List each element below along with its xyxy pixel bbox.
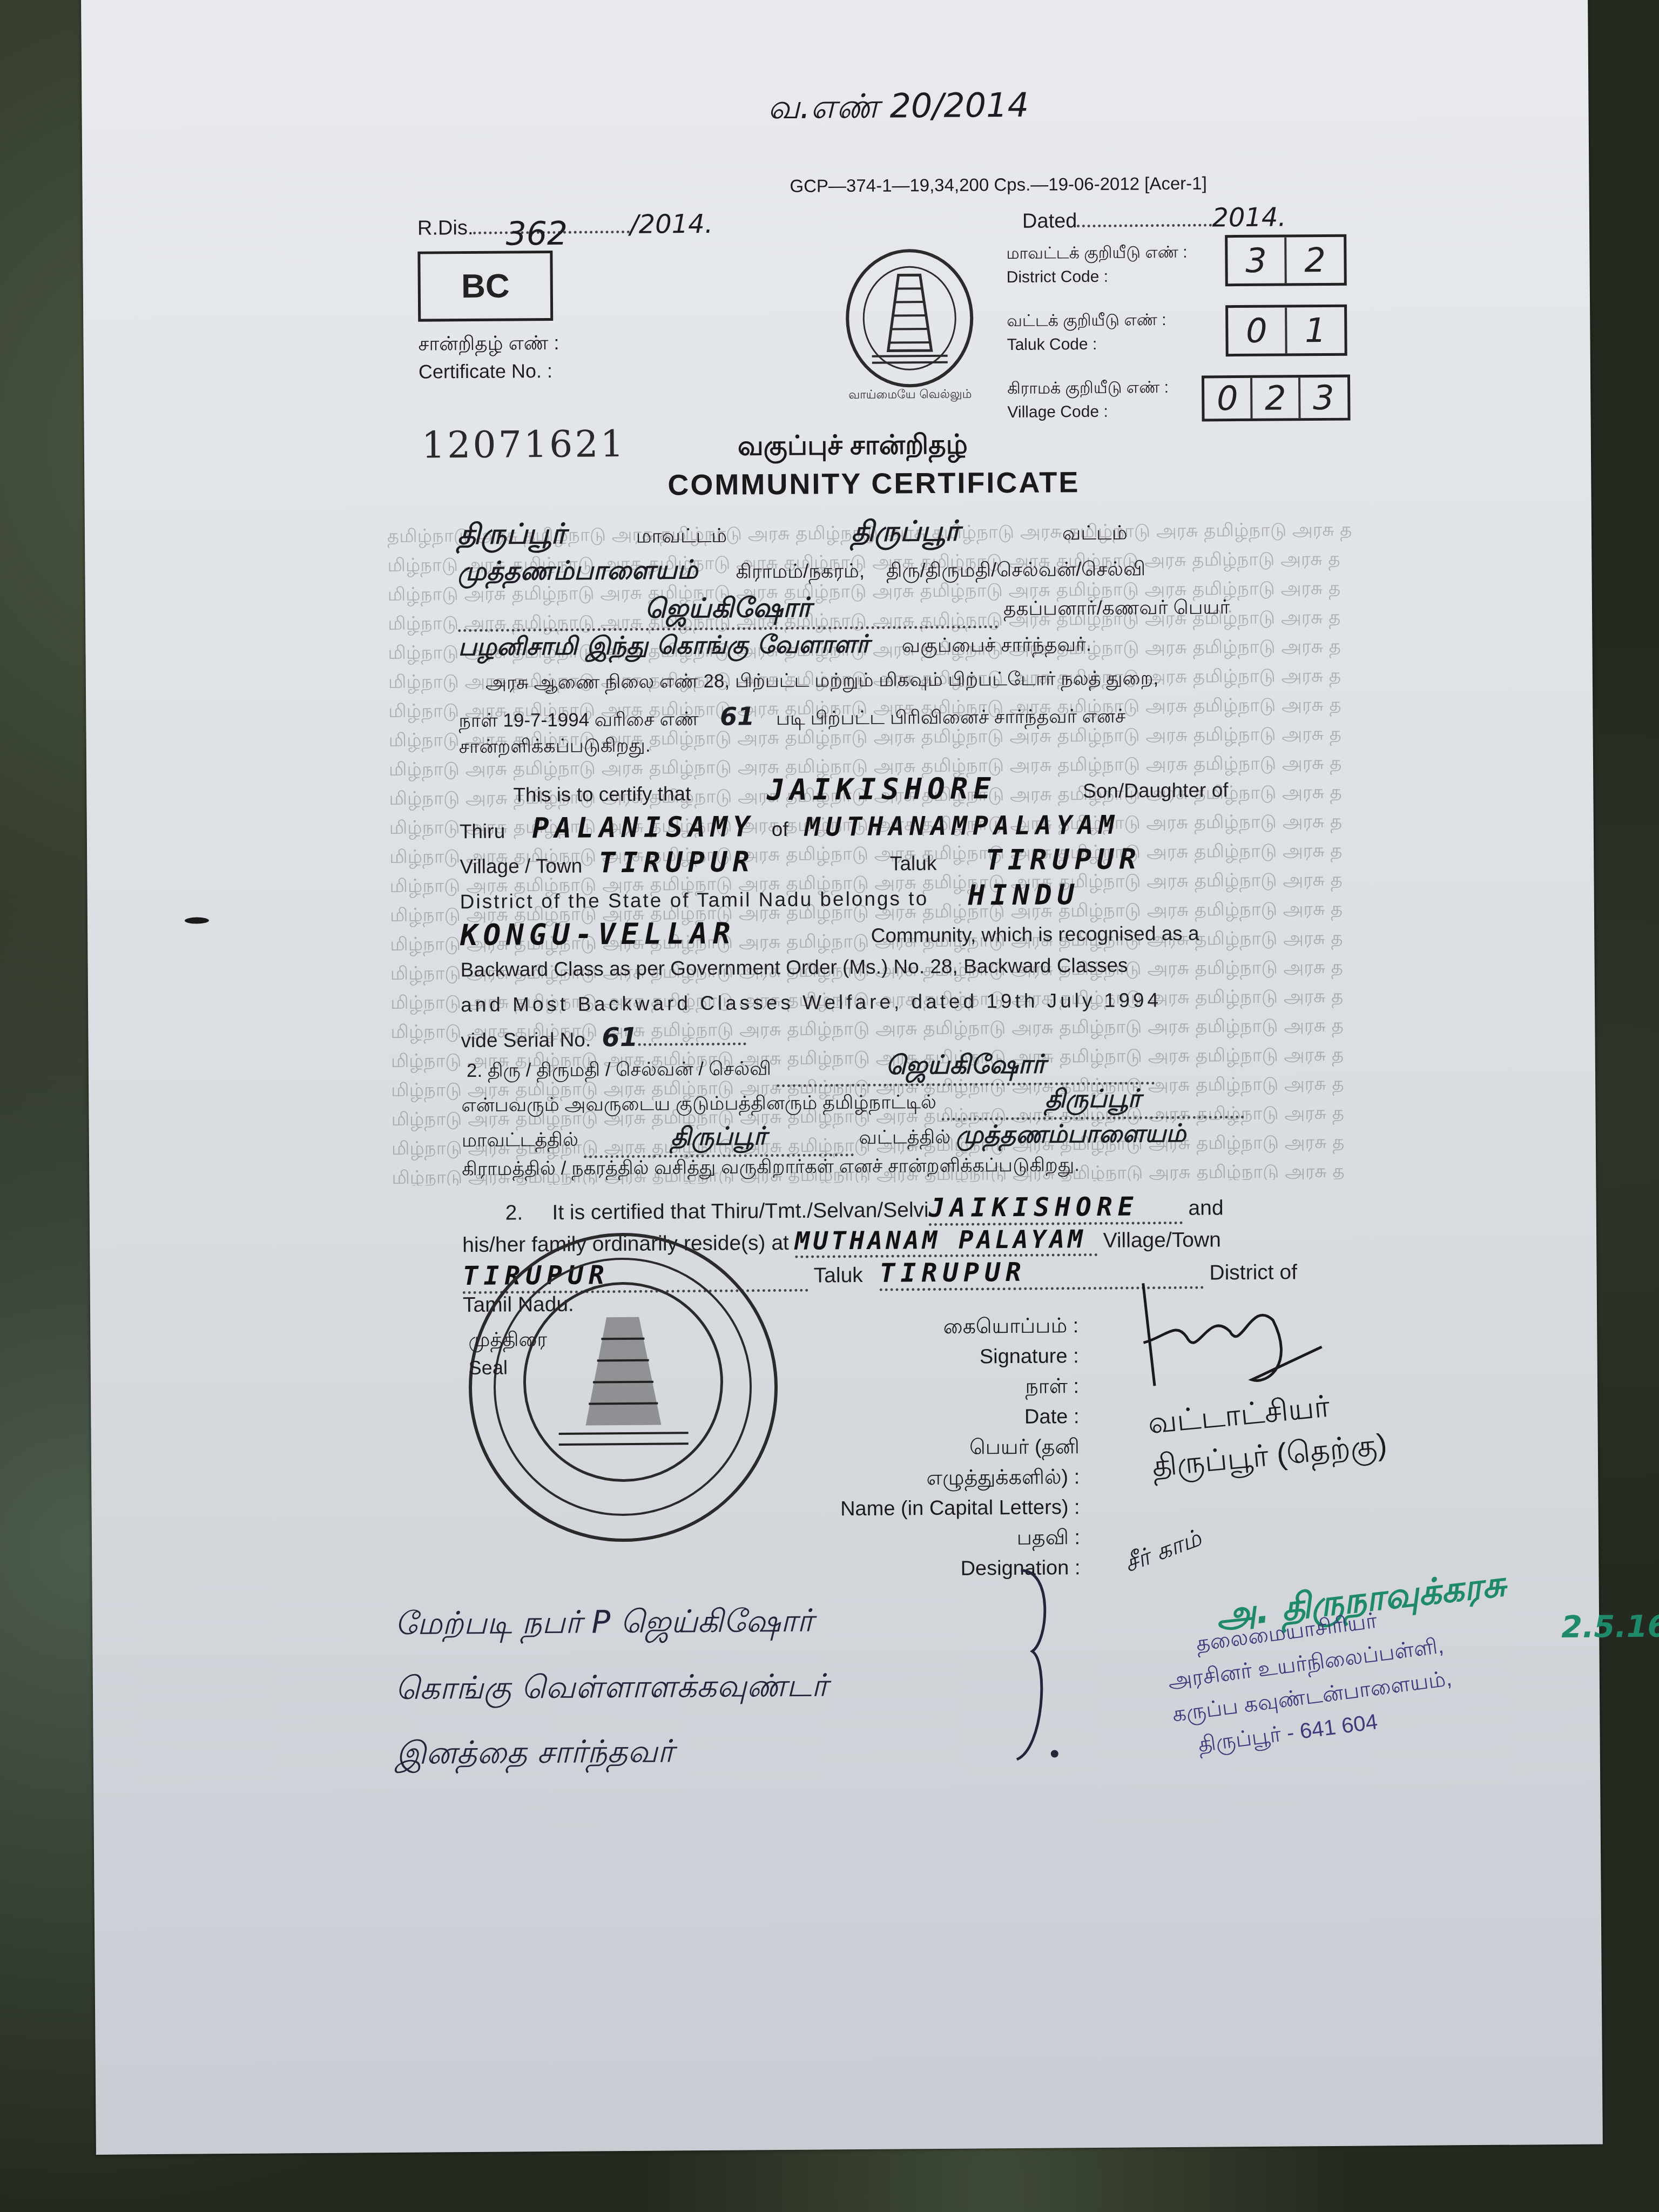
dated-field: Dated2014. <box>1022 202 1286 234</box>
tamil-nadu-emblem-icon: வாய்மையே வெல்லும் <box>839 247 980 405</box>
village-code-digit: 3 <box>1300 377 1347 419</box>
colon: : <box>1073 1345 1079 1367</box>
district-code-label: மாவட்டக் குறியீடு எண் : District Code : <box>1006 241 1188 289</box>
certificate-no-label-ta: சான்றிதழ் எண் : <box>418 329 559 358</box>
label-residence-certified: 2. It is certified that Thiru/Tmt./Selva… <box>505 1198 929 1224</box>
colon: : <box>1074 1526 1080 1549</box>
district-code-box: 3 2 <box>1225 234 1347 287</box>
label-taluk: Taluk <box>890 852 937 875</box>
fill-residence-village-ta: முத்தணம்பாளையம் <box>956 1118 1186 1149</box>
label-date-en: Date <box>1024 1405 1068 1428</box>
tamil-line-go: அரசு ஆணை நிலை எண் 28, பிற்பட்ட மற்றும் ம… <box>485 667 1159 696</box>
residence-en-line1: 2. It is certified that Thiru/Tmt./Selva… <box>505 1191 1224 1229</box>
rdis-number: 362 <box>505 215 568 253</box>
village-code-label-ta: கிராமக் குறியீடு எண் : <box>1007 376 1169 401</box>
label-village-town: Village / Town <box>460 855 582 878</box>
fill-name-en: JAIKISHORE <box>766 771 996 807</box>
village-code-digit: 2 <box>1252 377 1301 419</box>
colon: : <box>1073 1314 1079 1337</box>
note-line: கொங்கு வெள்ளாளக்கவுண்டர் <box>395 1653 828 1721</box>
taluk-code-label: வட்டக் குறியீடு எண் : Taluk Code : <box>1007 308 1166 357</box>
label-certify: This is to certify that <box>513 783 691 806</box>
district-code-label-ta: மாவட்டக் குறியீடு எண் : <box>1006 241 1187 266</box>
colon: : <box>1075 1556 1081 1579</box>
english-line-serial: vide Serial No. 61 <box>461 1021 746 1054</box>
fill-residence-taluk-en: TIRUPUR <box>879 1257 1027 1289</box>
english-line-town: Village / Town TIRUPUR Taluk TIRUPUR <box>460 843 1142 880</box>
label-father-ta: தகப்பனார்/கணவர் பெயர் <box>1003 596 1230 619</box>
dated-label: Dated <box>1022 210 1077 233</box>
tamil-line-father: பழனிசாமி இந்து கொங்கு வேளாளர் வகுப்பைச் … <box>458 628 1091 665</box>
certificate-number: 12071621 <box>422 423 626 467</box>
district-code-label-en: District Code : <box>1007 265 1188 289</box>
taluk-office-seal <box>468 1232 779 1543</box>
label-serial-ta: நாள் 19-7-1994 வரிசை எண் <box>458 709 698 731</box>
headmaster-sign-date: 2.5.16 <box>1561 1609 1659 1645</box>
seal-label-ta: முத்திரை <box>468 1325 547 1354</box>
english-line-father: Thiru PALANISAMY of MUTHANAMPALAYAM <box>460 808 1120 846</box>
fill-taluk-ta: திருப்பூர் <box>851 515 960 548</box>
label-designation-ta: பதவி <box>1016 1526 1069 1549</box>
fill-town-en: TIRUPUR <box>598 846 755 879</box>
label-taluk-2: Taluk <box>814 1264 863 1287</box>
label-vide-serial: vide Serial No. <box>461 1028 591 1051</box>
residence-ta-line4: கிராமத்தில் / நகரத்தில் வசித்து வருகிறார… <box>462 1154 1080 1182</box>
label-residence-family-ta: என்பவரும் அவருடைய குடும்பத்தினரும் தமிழ்… <box>461 1091 936 1116</box>
fill-residence-village-en: MUTHANAM PALAYAM <box>795 1224 1086 1256</box>
residence-ta-line3: மாவட்டத்தில் திருப்பூர் வட்டத்தில் முத்த… <box>462 1118 1186 1159</box>
handwritten-serial-header: வ.எண் 20/2014 <box>767 85 1029 131</box>
district-code-digit: 3 <box>1228 237 1287 284</box>
label-community-ta: வகுப்பைச் சார்ந்தவர். <box>902 633 1091 656</box>
colon: : <box>1074 1466 1080 1488</box>
fill-residence-name-ta: ஜெய்கிஷோர் <box>886 1049 1046 1081</box>
community-certificate-paper: தமிழ்நாடு அரசு தமிழ்நாடு அரசு தமிழ்நாடு … <box>81 0 1603 2155</box>
label-village-town-2: Village/Town <box>1103 1228 1221 1252</box>
fill-district-ta: திருப்பூர் <box>457 518 566 551</box>
title-english: COMMUNITY CERTIFICATE <box>667 466 1080 502</box>
fill-serial-ta: 61 <box>720 702 754 731</box>
certificate-no-label-en: Certificate No. : <box>419 357 559 386</box>
title-tamil: வகுப்புச் சான்றிதழ் <box>738 429 968 466</box>
seal-label-en: Seal <box>469 1353 548 1382</box>
taluk-code-digit: 1 <box>1287 307 1344 354</box>
english-line-community: KONGU-VELLAR Community, which is recogni… <box>460 913 1199 953</box>
village-code-digit: 0 <box>1204 378 1253 419</box>
district-code-digit: 2 <box>1286 237 1344 284</box>
print-code: GCP—374-1—19,34,200 Cps.—19-06-2012 [Ace… <box>790 173 1206 196</box>
brace-icon <box>1010 1564 1065 1773</box>
taluk-code-label-en: Taluk Code : <box>1007 332 1166 357</box>
tamil-line-village: முத்தணம்பாளையம் கிராமம்/நகரம், திரு/திரு… <box>457 551 1145 590</box>
initials: சீர் காம் <box>1121 1524 1206 1581</box>
colon: : <box>1074 1496 1080 1519</box>
tamil-line-district: திருப்பூர் மாவட்டம் திருப்பூர் வட்டம் <box>457 514 1128 555</box>
margin-ink-mark <box>185 917 209 923</box>
village-code-label-en: Village Code : <box>1007 400 1169 424</box>
label-name-en: Name (in Capital Letters) <box>840 1496 1069 1520</box>
category-value: BC <box>461 267 510 306</box>
label-community-recognised: Community, which is recognised as a <box>871 922 1199 947</box>
residence-ta-line2: என்பவரும் அவருடைய குடும்பத்தினரும் தமிழ்… <box>461 1083 1244 1124</box>
label-district-ta: மாவட்டம் <box>636 524 727 547</box>
taluk-code-label-ta: வட்டக் குறியீடு எண் : <box>1007 308 1166 333</box>
rdis-field: R.Dis. 362 /2014. <box>417 209 713 241</box>
colon: : <box>1073 1375 1079 1398</box>
english-line-district: District of the State of Tamil Nadu belo… <box>460 879 1080 915</box>
fill-village-en: MUTHANAMPALAYAM <box>805 810 1120 842</box>
note-line: மேற்படி நபர் P ஜெய்கிஷோர் <box>395 1588 828 1656</box>
school-headmaster-stamp: தலைமையாசிரியர் அரசினர் உயர்நிலைப்பள்ளி, … <box>1162 1595 1458 1764</box>
fill-name-ta: ஜெய்கிஷோர் <box>645 592 812 624</box>
fill-community: KONGU-VELLAR <box>460 916 736 953</box>
taluk-code-digit: 0 <box>1228 307 1287 354</box>
residence-ta-line1: 2. திரு / திருமதி / செல்வன் / செல்வி ஜெய… <box>467 1048 1155 1089</box>
village-code-label: கிராமக் குறியீடு எண் : Village Code : <box>1007 376 1169 424</box>
fill-residence-taluk-ta: திருப்பூர் <box>671 1121 767 1151</box>
label-signature-en: Signature <box>980 1345 1068 1368</box>
handwritten-attestation-note: மேற்படி நபர் P ஜெய்கிஷோர் கொங்கு வெள்ளாள… <box>395 1588 828 1785</box>
temple-gopuram-icon <box>525 1284 721 1480</box>
label-residence-district-ta: மாவட்டத்தில் <box>462 1129 578 1151</box>
label-titles-ta: திரு/திருமதி/செல்வன்/செல்வி <box>886 557 1145 581</box>
label-residence-titles-ta: 2. திரு / திருமதி / செல்வன் / செல்வி <box>467 1058 771 1081</box>
category-box: BC <box>417 251 553 322</box>
taluk-code-box: 0 1 <box>1225 305 1347 357</box>
colon: : <box>1074 1405 1080 1428</box>
certificate-no-label: சான்றிதழ் எண் : Certificate No. : <box>418 329 559 386</box>
fill-taluk-en: TIRUPUR <box>985 843 1142 876</box>
fill-residence-district-ta: திருப்பூர் <box>1045 1083 1141 1113</box>
fill-father-community-ta: பழனிசாமி இந்து கொங்கு வேளாளர் <box>458 629 869 661</box>
fill-village-ta: முத்தணம்பாளையம் <box>457 555 698 586</box>
label-of: of <box>772 818 788 840</box>
label-taluk-ta: வட்டம் <box>1062 521 1128 544</box>
rdis-year: /2014. <box>630 209 713 240</box>
label-and: and <box>1188 1196 1223 1219</box>
label-thiru: Thiru <box>460 820 505 843</box>
village-code-box: 0 2 3 <box>1202 375 1351 422</box>
fill-serial-en: 61 <box>602 1022 638 1053</box>
tamil-line-name: ஜெய்கிஷோர் தகப்பனார்/கணவர் பெயர் <box>458 589 1230 632</box>
label-son-daughter: Son/Daughter of <box>1083 779 1229 802</box>
english-line-go: Backward Class as per Government Order (… <box>460 954 1128 982</box>
note-line: இனத்தை சார்ந்தவர் <box>395 1717 828 1785</box>
label-district-state: District of the State of Tamil Nadu belo… <box>460 887 929 913</box>
fill-religion: HINDU <box>968 879 1080 912</box>
label-residence-taluk-ta: வட்டத்தில் <box>859 1127 950 1148</box>
label-name-ta: பெயர் (தனி எழுத்துக்களில்) <box>926 1435 1080 1489</box>
fill-residence-name-en: JAIKISHORE <box>928 1191 1138 1223</box>
seal-label: முத்திரை Seal <box>468 1325 547 1382</box>
label-village-ta: கிராமம்/நகரம், <box>736 559 865 583</box>
english-line-name: This is to certify that JAIKISHORE Son/D… <box>513 770 1229 808</box>
tamil-line-certify: சான்றளிக்கப்படுகிறது. <box>459 735 651 760</box>
svg-text:வாய்மையே வெல்லும்: வாய்மையே வெல்லும் <box>848 388 972 403</box>
dated-year: 2014. <box>1212 202 1286 233</box>
tamil-line-serial: நாள் 19-7-1994 வரிசை எண் 61 படி பிற்பட்ட… <box>458 699 1125 734</box>
label-serial-suffix-ta: படி பிற்பட்ட பிரிவினைச் சார்ந்தவர் எனச் <box>776 706 1126 730</box>
label-date-ta: நாள் <box>1025 1375 1068 1398</box>
signature-labels: கையொப்பம் : Signature : நாள் : Date : பெ… <box>830 1311 1081 1584</box>
fill-father-en: PALANISAMY <box>532 811 755 845</box>
label-signature-ta: கையொப்பம் <box>943 1314 1068 1338</box>
rdis-label: R.Dis. <box>417 217 474 240</box>
